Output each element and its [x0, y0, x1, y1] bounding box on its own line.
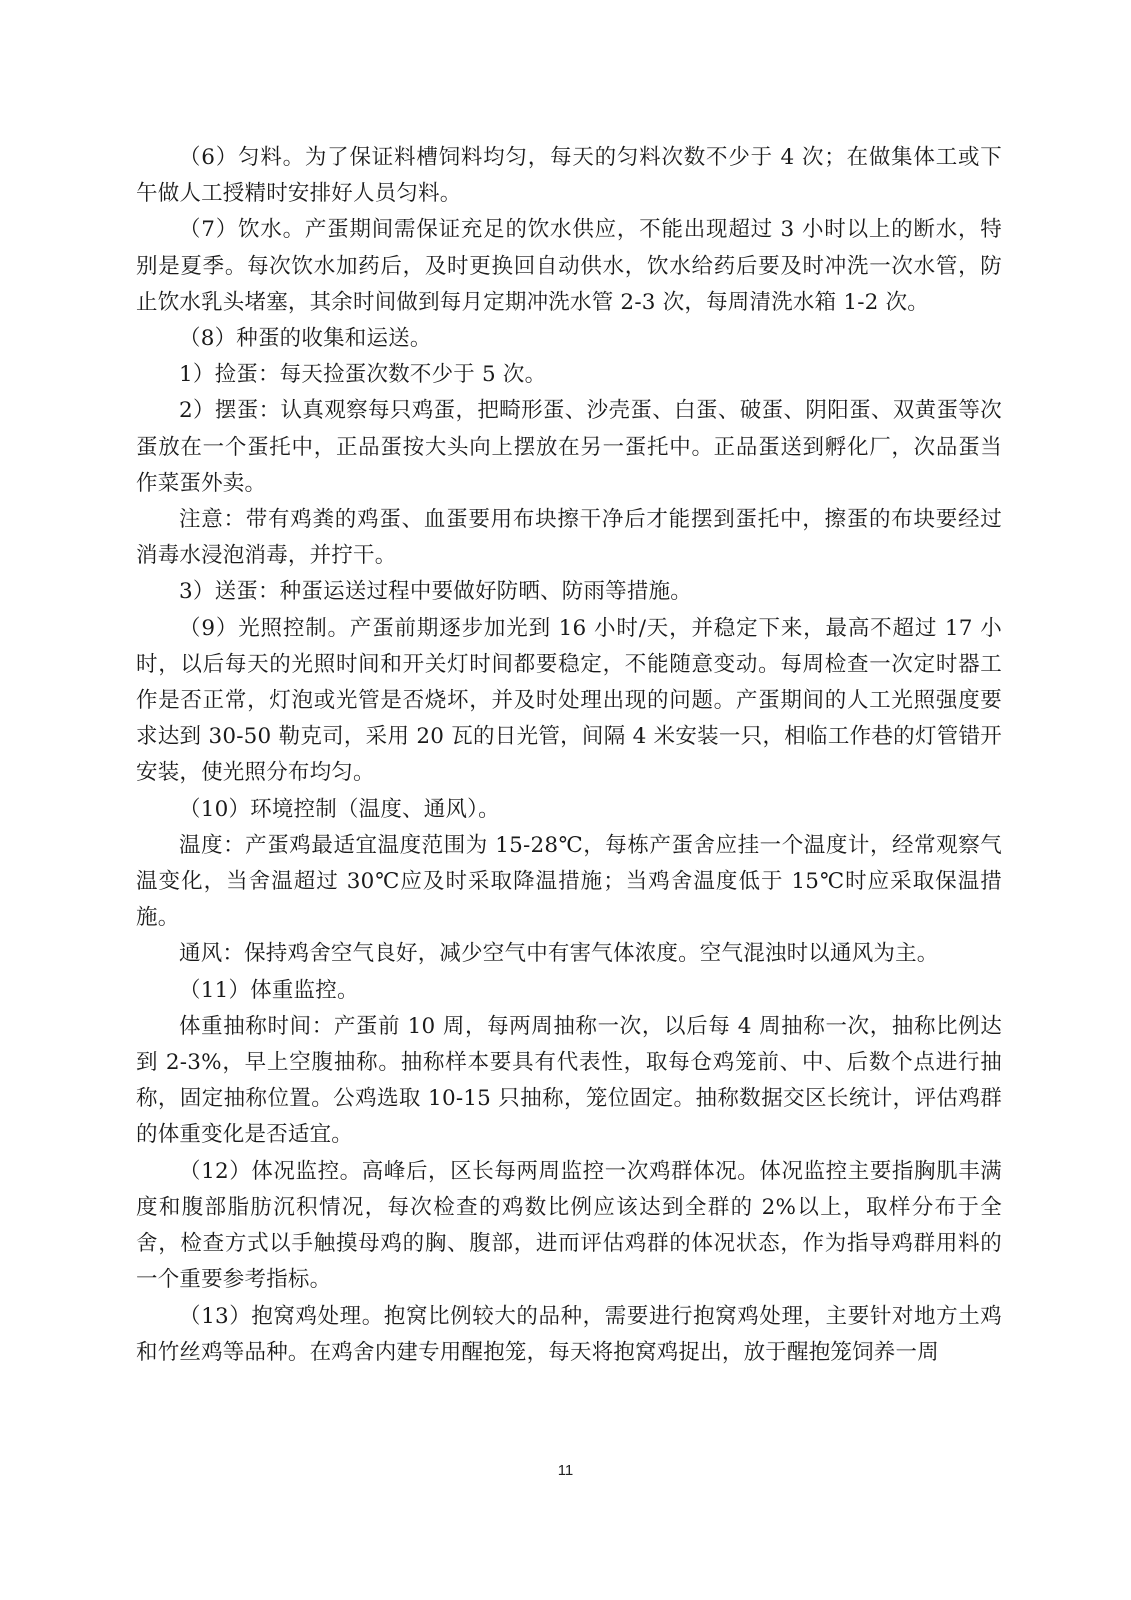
paragraph-11-weight-heading: （11）体重监控。 [136, 973, 1002, 1009]
paragraph-12-body-condition: （12）体况监控。高峰后，区长每两周监控一次鸡群体况。体况监控主要指胸肌丰满度和… [136, 1154, 1002, 1299]
paragraph-8-egg-collection-heading: （8）种蛋的收集和运送。 [136, 321, 1002, 357]
paragraph-10-ventilation: 通风：保持鸡舍空气良好，减少空气中有害气体浓度。空气混浊时以通风为主。 [136, 936, 1002, 972]
paragraph-8-1-egg-picking: 1）捡蛋：每天捡蛋次数不少于 5 次。 [136, 357, 1002, 393]
paragraph-10-temperature: 温度：产蛋鸡最适宜温度范围为 15-28℃，每栋产蛋舍应挂一个温度计，经常观察气… [136, 828, 1002, 937]
paragraph-13-broody-hens: （13）抱窝鸡处理。抱窝比例较大的品种，需要进行抱窝鸡处理，主要针对地方土鸡和竹… [136, 1299, 1002, 1371]
paragraph-8-note: 注意：带有鸡粪的鸡蛋、血蛋要用布块擦干净后才能摆到蛋托中，擦蛋的布块要经过消毒水… [136, 502, 1002, 574]
paragraph-8-3-egg-transport: 3）送蛋：种蛋运送过程中要做好防晒、防雨等措施。 [136, 574, 1002, 610]
paragraph-9-lighting-control: （9）光照控制。产蛋前期逐步加光到 16 小时/天，并稳定下来，最高不超过 17… [136, 611, 1002, 792]
paragraph-7-drinking-water: （7）饮水。产蛋期间需保证充足的饮水供应，不能出现超过 3 小时以上的断水，特别… [136, 212, 1002, 321]
paragraph-11-weight-sampling: 体重抽称时间：产蛋前 10 周，每两周抽称一次，以后每 4 周抽称一次，抽称比例… [136, 1009, 1002, 1154]
paragraph-6-feed-leveling: （6）匀料。为了保证料槽饲料均匀，每天的匀料次数不少于 4 次；在做集体工或下午… [136, 140, 1002, 212]
document-page-body: （6）匀料。为了保证料槽饲料均匀，每天的匀料次数不少于 4 次；在做集体工或下午… [136, 140, 1002, 1371]
page-number: 11 [0, 1462, 1131, 1479]
paragraph-8-2-egg-sorting: 2）摆蛋：认真观察每只鸡蛋，把畸形蛋、沙壳蛋、白蛋、破蛋、阴阳蛋、双黄蛋等次蛋放… [136, 393, 1002, 502]
paragraph-10-environment-heading: （10）环境控制（温度、通风）。 [136, 792, 1002, 828]
